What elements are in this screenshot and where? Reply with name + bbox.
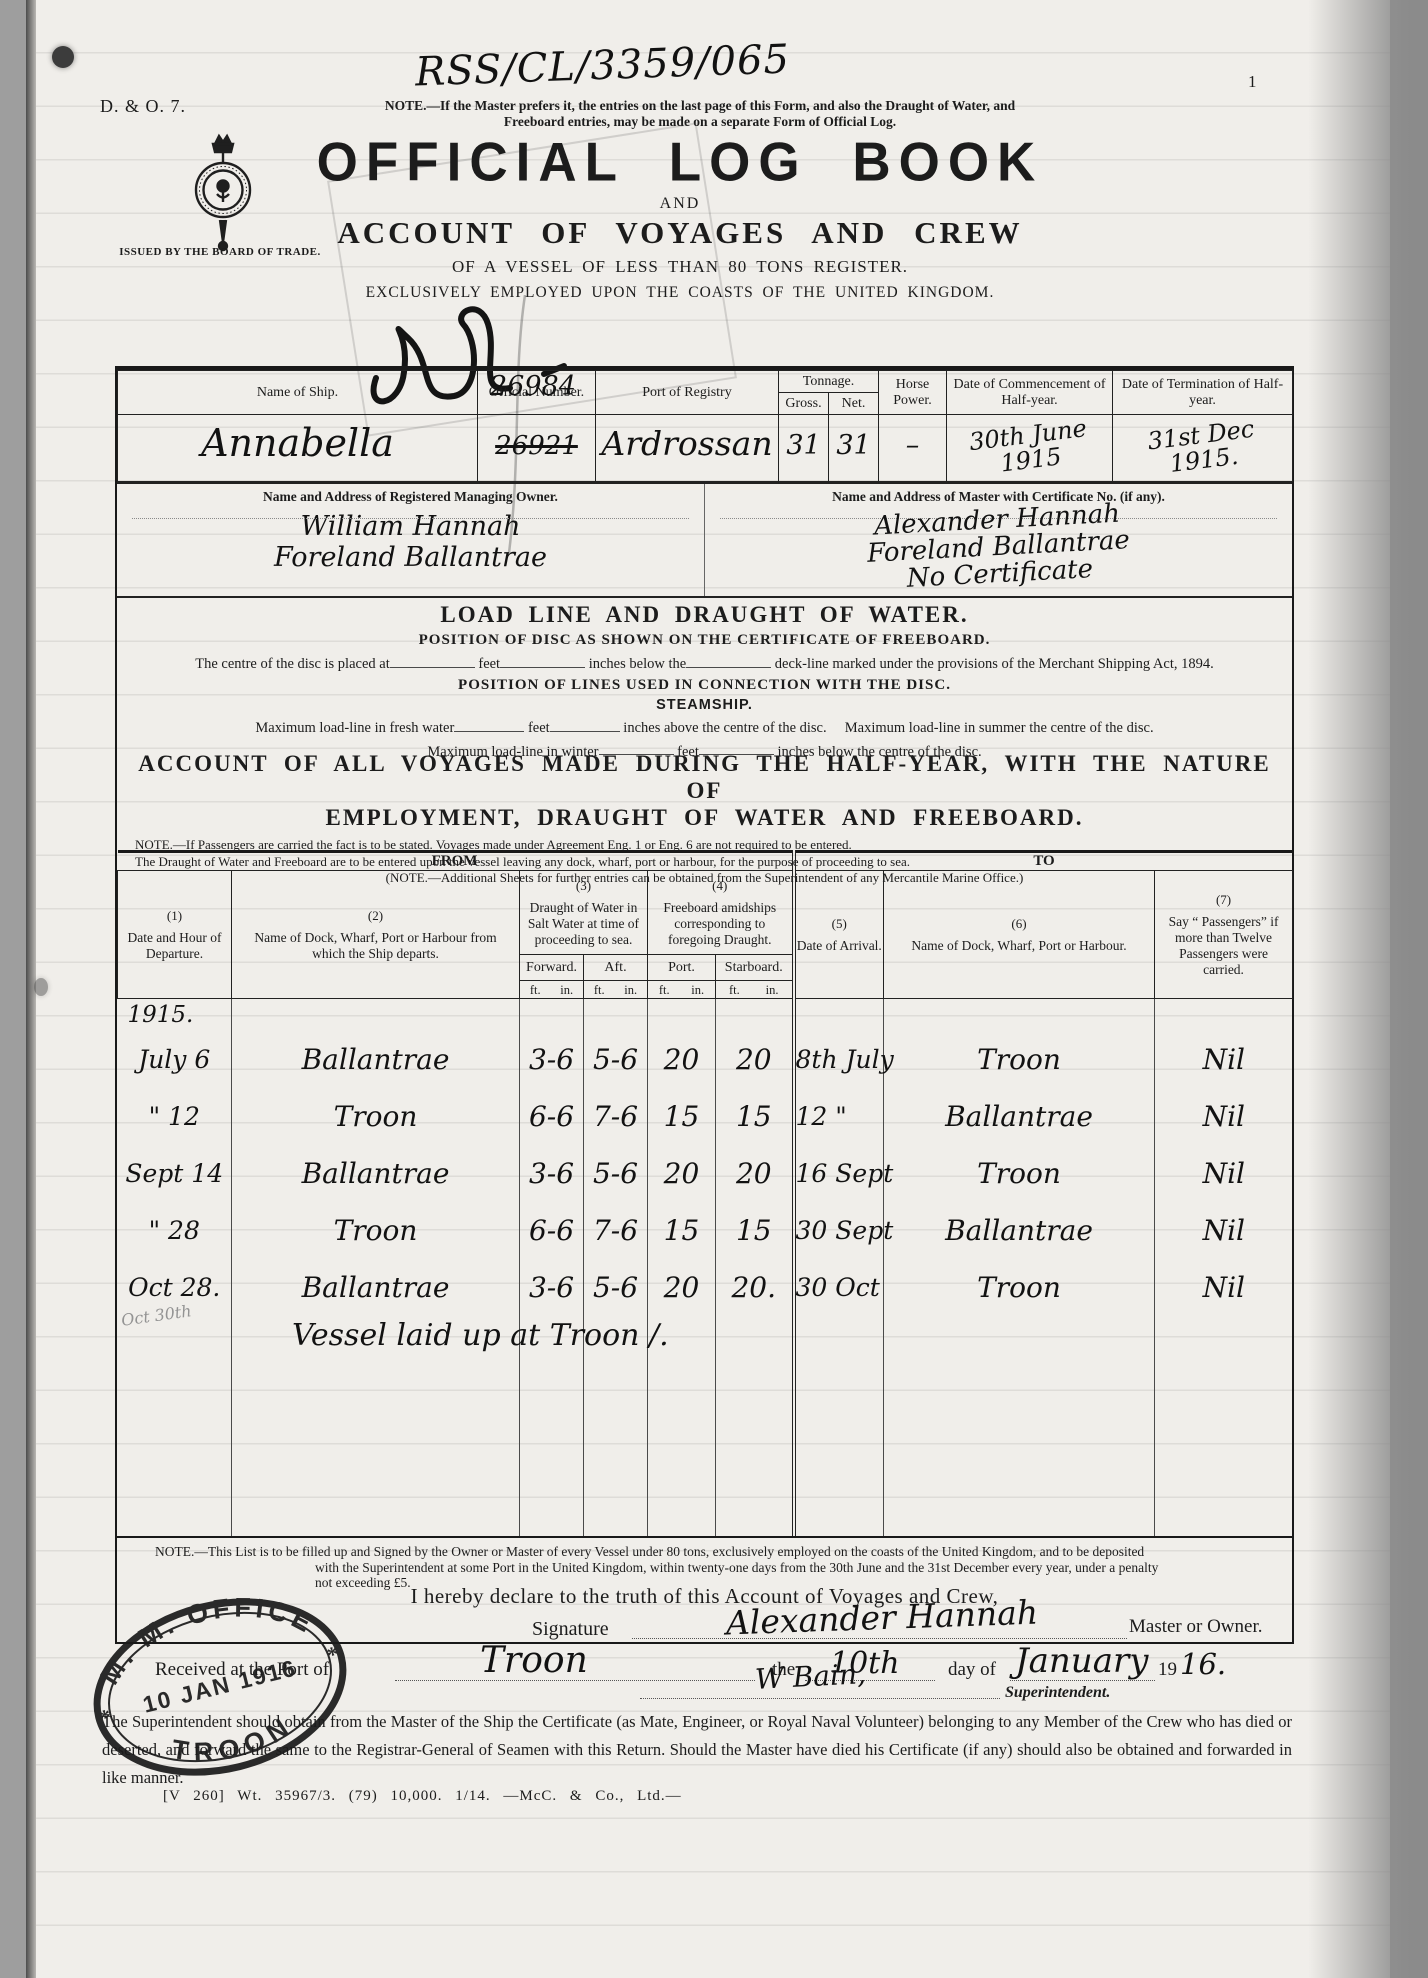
lines-position-heading: POSITION OF LINES USED IN CONNECTION WIT… xyxy=(117,677,1292,694)
load-line-heading: LOAD LINE AND DRAUGHT OF WATER. xyxy=(117,602,1292,628)
col6-header: (6)Name of Dock, Wharf, Port or Harbour. xyxy=(884,871,1155,999)
horse-power-header: Horse Power. xyxy=(879,371,947,415)
owner-master-section: Name and Address of Registered Managing … xyxy=(117,482,1292,598)
fresh-water-line: Maximum load-line in fresh water feet in… xyxy=(117,717,1292,737)
voyage-table: FROM TO (1)Date and Hour of Departure. (… xyxy=(117,850,1293,1537)
signature-label: Signature xyxy=(532,1618,609,1641)
board-of-trade-crest xyxy=(168,128,278,254)
horse-power-value: – xyxy=(906,430,920,461)
steamship-label: STEAMSHIP. xyxy=(117,697,1292,713)
voyage-row: " 12 Troon 6-6 7-6 15 15 12 " Ballantrae… xyxy=(118,1088,1293,1145)
subtitle-coasts: EXCLUSIVELY EMPLOYED UPON THE COASTS OF … xyxy=(300,284,1060,302)
laid-up-note: Vessel laid up at Troon /. xyxy=(292,1318,812,1353)
owner-header: Name and Address of Registered Managing … xyxy=(117,489,704,505)
voyage-row: " 28 Troon 6-6 7-6 15 15 30 Sept Ballant… xyxy=(118,1202,1293,1259)
year-label: 1915. xyxy=(118,999,232,1031)
ship-particulars-table: Name of Ship. Official Number. Port of R… xyxy=(117,370,1293,482)
col7-header: (7)Say “ Passengers” if more than Twelve… xyxy=(1155,871,1293,999)
scanned-log-book-page: RSS/CL/3359/065 1 D. & O. 7. NOTE.—If th… xyxy=(0,0,1428,1978)
ship-name-header: Name of Ship. xyxy=(118,371,478,415)
account-heading: ACCOUNT OF ALL VOYAGES MADE DURING THE H… xyxy=(117,750,1292,831)
load-line-section: LOAD LINE AND DRAUGHT OF WATER. POSITION… xyxy=(117,596,1292,744)
and-label: AND xyxy=(300,195,1060,213)
official-number-struck: 26921 xyxy=(495,431,578,461)
managing-owner-column: Name and Address of Registered Managing … xyxy=(117,484,704,598)
col5-header: (5)Date of Arrival. xyxy=(794,871,884,999)
master-name-value: Alexander Hannah Foreland Ballantrae No … xyxy=(703,492,1293,604)
aft-header: Aft. xyxy=(584,955,648,981)
scan-shadow xyxy=(1308,0,1428,1978)
form-frame: Name of Ship. Official Number. Port of R… xyxy=(115,366,1294,1644)
account-heading-section: ACCOUNT OF ALL VOYAGES MADE DURING THE H… xyxy=(117,742,1292,850)
page-number: 1 xyxy=(1248,72,1257,92)
ft-in-header: ft.in. xyxy=(520,981,584,999)
top-note: NOTE.—If the Master prefers it, the entr… xyxy=(355,98,1045,130)
col4-header: (4)Freeboard amidships corresponding to … xyxy=(648,871,794,955)
ft-in-header: ft.in. xyxy=(648,981,716,999)
starboard-header: Starboard. xyxy=(716,955,794,981)
main-title: OFFICIAL LOG BOOK xyxy=(300,131,1060,194)
superintendent-signature: W Bain, xyxy=(754,1657,866,1696)
disc-position-line: The centre of the disc is placed at feet… xyxy=(117,653,1292,673)
net-header: Net. xyxy=(829,393,879,415)
superintendent-line xyxy=(640,1698,1000,1699)
forward-header: Forward. xyxy=(520,955,584,981)
gross-tonnage-value: 31 xyxy=(786,430,820,461)
port-header: Port. xyxy=(648,955,716,981)
to-band: TO xyxy=(794,852,1293,871)
from-band: FROM xyxy=(118,852,794,871)
termination-header: Date of Termination of Half-year. xyxy=(1113,371,1293,415)
superintendent-label: Superintendent. xyxy=(1005,1684,1110,1702)
voyage-row: July 6 Ballantrae 3-6 5-6 20 20 8th July… xyxy=(118,1031,1293,1088)
binding-hole xyxy=(34,978,48,996)
port-of-registry-value: Ardrossan xyxy=(601,424,772,463)
ship-name-value: Annabella xyxy=(201,421,394,465)
form-code: D. & O. 7. xyxy=(100,96,186,117)
master-or-owner-label: Master or Owner. xyxy=(1129,1616,1263,1638)
disc-position-heading: POSITION OF DISC AS SHOWN ON THE CERTIFI… xyxy=(117,632,1292,649)
voyage-row: Sept 14 Ballantrae 3-6 5-6 20 20 16 Sept… xyxy=(118,1145,1293,1202)
subtitle-register: OF A VESSEL OF LESS THAN 80 TONS REGISTE… xyxy=(300,257,1060,277)
voyage-row: Oct 28. Ballantrae 3-6 5-6 20 20. 30 Oct… xyxy=(118,1259,1293,1316)
svg-text:10 JAN 1916: 10 JAN 1916 xyxy=(140,1654,299,1717)
secondary-title: ACCOUNT OF VOYAGES AND CREW xyxy=(300,215,1060,251)
commencement-header: Date of Commencement of Half-year. xyxy=(947,371,1113,415)
ft-in-header: ft.in. xyxy=(716,981,794,999)
master-column: Name and Address of Master with Certific… xyxy=(704,484,1292,598)
col3-header: (3)Draught of Water in Salt Water at tim… xyxy=(520,871,648,955)
owner-name-value: William Hannah Foreland Ballantrae xyxy=(117,511,704,573)
printer-code: [V 260] Wt. 35967/3. (79) 10,000. 1/14. … xyxy=(163,1788,682,1805)
ft-in-header: ft.in. xyxy=(584,981,648,999)
empty-row xyxy=(118,1386,1293,1537)
gross-header: Gross. xyxy=(779,393,829,415)
col2-header: (2)Name of Dock, Wharf, Port or Harbour … xyxy=(232,871,520,999)
official-number-corrected: 26984 xyxy=(490,379,576,395)
port-of-registry-header: Port of Registry xyxy=(596,371,779,415)
binding-hole xyxy=(52,46,74,68)
col1-header: (1)Date and Hour of Departure. xyxy=(118,871,232,999)
writing-line xyxy=(132,518,689,519)
termination-value: 31st Dec 1915. xyxy=(1111,412,1295,483)
title-block: OFFICIAL LOG BOOK AND ACCOUNT OF VOYAGES… xyxy=(300,132,1060,302)
net-tonnage-value: 31 xyxy=(836,430,870,461)
commencement-value: 30th June 1915 xyxy=(945,413,1115,483)
tonnage-header: Tonnage. xyxy=(779,371,879,393)
